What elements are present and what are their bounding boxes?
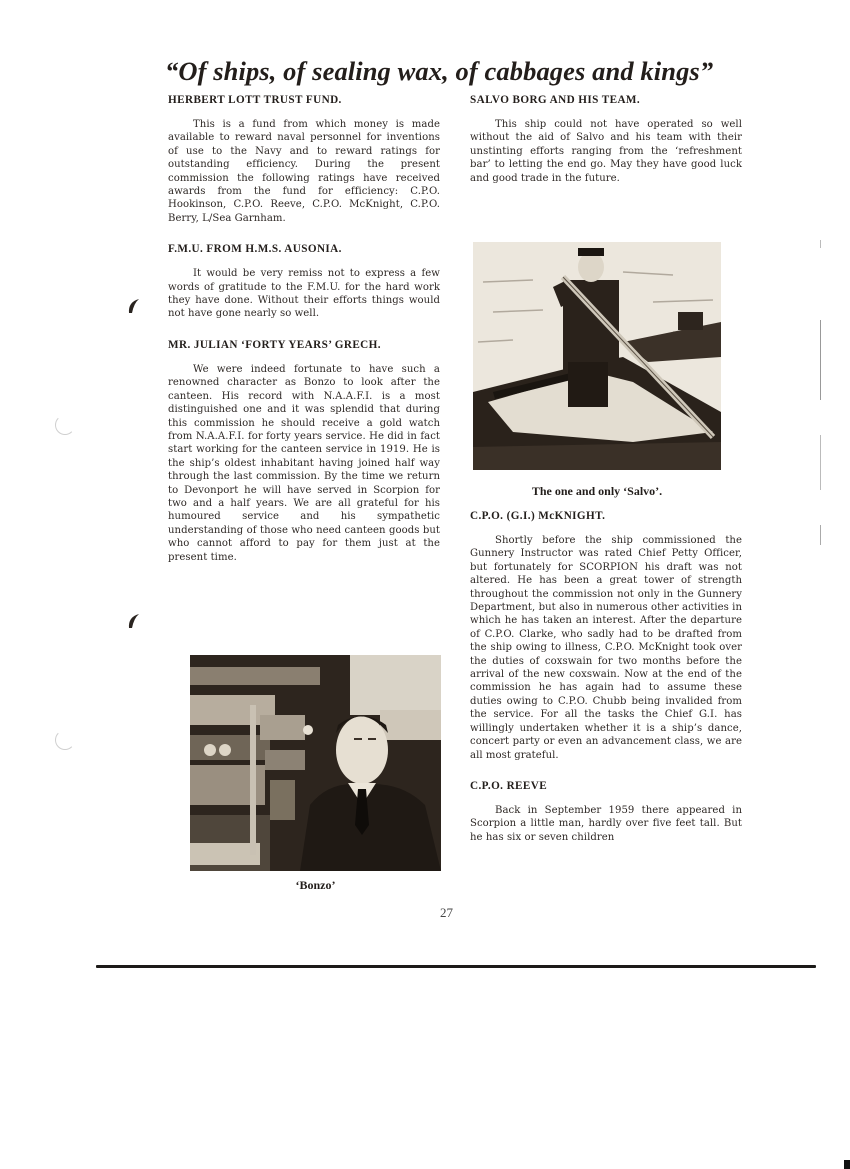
section-heading-salvo-borg: SALVO BORG AND HIS TEAM. <box>470 94 742 106</box>
section-heading-fmu: F.M.U. FROM H.M.S. AUSONIA. <box>168 243 440 255</box>
scan-edge-mark <box>820 320 821 400</box>
right-column: SALVO BORG AND HIS TEAM. This ship could… <box>470 94 742 185</box>
section-body-herbert-lott: This is a fund from which money is made … <box>168 118 440 225</box>
page-title: “Of ships, of sealing wax, of cabbages a… <box>165 56 745 87</box>
page-number: 27 <box>440 905 453 921</box>
section-heading-julian-grech: MR. JULIAN ‘FORTY YEARS’ GRECH. <box>168 339 440 351</box>
section-body-fmu: It would be very remiss not to express a… <box>168 267 440 321</box>
scan-edge-mark <box>820 240 821 248</box>
punch-hole-shadow <box>55 415 75 435</box>
section-body-mcknight: Shortly before the ship commissioned the… <box>470 534 742 762</box>
section-body-reeve: Back in September 1959 there appeared in… <box>470 804 742 844</box>
salvo-photo-image <box>473 242 721 470</box>
photo-caption-salvo: The one and only ‘Salvo’. <box>473 484 721 499</box>
punch-mark-icon <box>128 298 140 314</box>
punch-mark-icon <box>128 613 140 629</box>
photo-bonzo <box>190 655 441 871</box>
section-body-julian-grech: We were indeed fortunate to have such a … <box>168 363 440 564</box>
section-heading-mcknight: C.P.O. (G.I.) McKNIGHT. <box>470 510 742 522</box>
punch-hole-shadow <box>55 730 75 750</box>
left-column: HERBERT LOTT TRUST FUND. This is a fund … <box>168 94 440 564</box>
bonzo-photo-image <box>190 655 441 871</box>
section-body-salvo-borg: This ship could not have operated so wel… <box>470 118 742 185</box>
scan-corner-mark <box>844 1160 850 1169</box>
section-heading-herbert-lott: HERBERT LOTT TRUST FUND. <box>168 94 440 106</box>
photo-caption-bonzo: ‘Bonzo’ <box>190 878 441 893</box>
photo-salvo <box>473 242 721 470</box>
bottom-rule <box>96 965 816 968</box>
scan-edge-mark <box>820 435 821 490</box>
section-heading-reeve: C.P.O. REEVE <box>470 780 742 792</box>
scan-edge-mark <box>820 525 821 545</box>
right-column-lower: C.P.O. (G.I.) McKNIGHT. Shortly before t… <box>470 510 742 844</box>
